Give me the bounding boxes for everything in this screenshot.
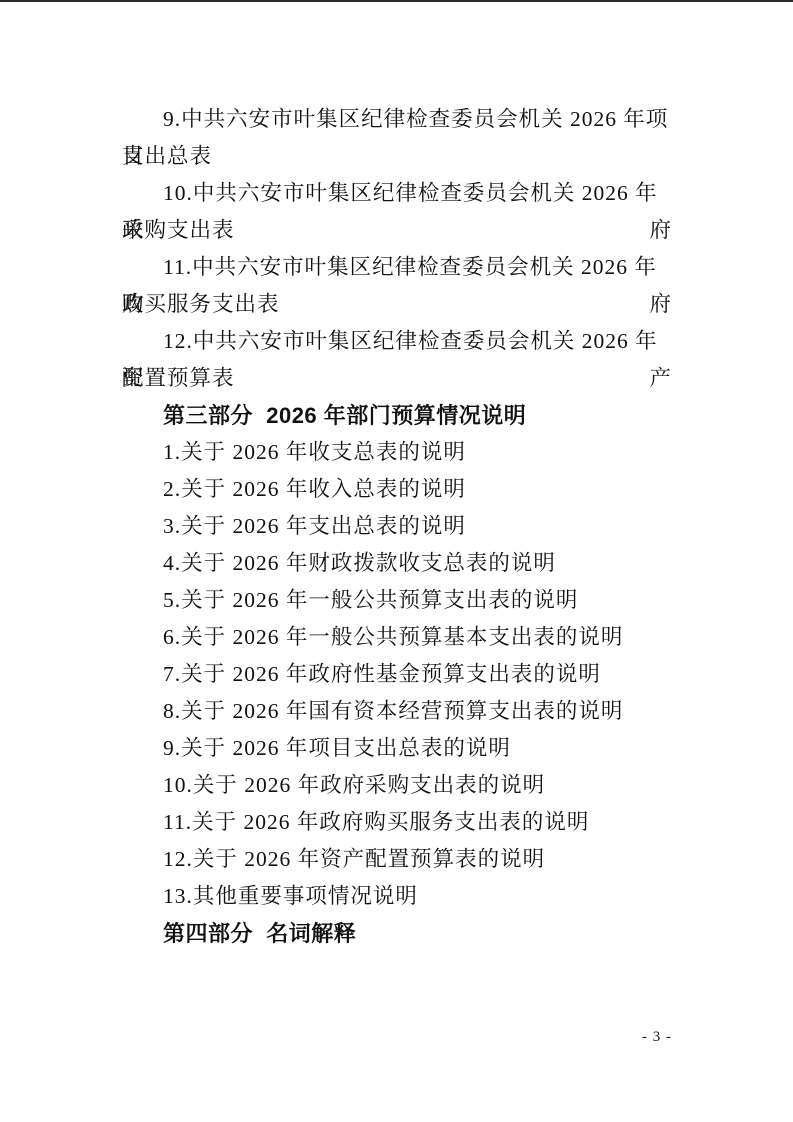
toc-item: 8.关于 2026 年国有资本经营预算支出表的说明: [122, 693, 672, 730]
toc-item: 5.关于 2026 年一般公共预算支出表的说明: [122, 582, 672, 619]
toc-item: 12.关于 2026 年资产配置预算表的说明: [122, 841, 672, 878]
toc-item: 7.关于 2026 年政府性基金预算支出表的说明: [122, 656, 672, 693]
toc-item: 3.关于 2026 年支出总表的说明: [122, 508, 672, 545]
toc-entry-line: 12.中共六安市叶集区纪律检查委员会机关 2026 年资产: [122, 323, 672, 360]
toc-entry-line: 11.中共六安市叶集区纪律检查委员会机关 2026 年政府: [122, 249, 672, 286]
toc-item: 11.关于 2026 年政府购买服务支出表的说明: [122, 804, 672, 841]
document-page: 9.中共六安市叶集区纪律检查委员会机关 2026 年项目 支出总表 10.中共六…: [0, 0, 793, 1122]
table-of-contents: 9.中共六安市叶集区纪律检查委员会机关 2026 年项目 支出总表 10.中共六…: [122, 101, 672, 952]
toc-item: 9.关于 2026 年项目支出总表的说明: [122, 730, 672, 767]
toc-item: 4.关于 2026 年财政拨款收支总表的说明: [122, 545, 672, 582]
toc-entry-line: 9.中共六安市叶集区纪律检查委员会机关 2026 年项目: [122, 101, 672, 138]
toc-item: 2.关于 2026 年收入总表的说明: [122, 471, 672, 508]
toc-entry-line: 10.中共六安市叶集区纪律检查委员会机关 2026 年政府: [122, 175, 672, 212]
page-number: - 3 -: [122, 1028, 672, 1046]
toc-item: 13.其他重要事项情况说明: [122, 878, 672, 915]
section-heading-part3: 第三部分 2026 年部门预算情况说明: [122, 397, 672, 434]
section-heading-part4: 第四部分 名词解释: [122, 915, 672, 952]
toc-item: 6.关于 2026 年一般公共预算基本支出表的说明: [122, 619, 672, 656]
toc-item: 1.关于 2026 年收支总表的说明: [122, 434, 672, 471]
toc-item: 10.关于 2026 年政府采购支出表的说明: [122, 767, 672, 804]
toc-entry-line: 支出总表: [122, 138, 672, 175]
